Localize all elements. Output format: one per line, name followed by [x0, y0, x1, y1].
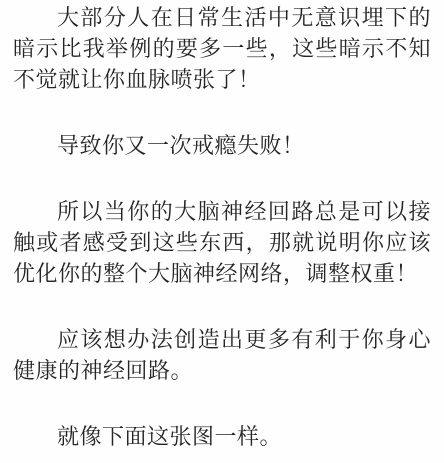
paragraph-5: 就像下面这张图一样。	[13, 421, 431, 452]
paragraph-3: 所以当你的大脑神经回路总是可以接触或者感受到这些东西，那就说明你应该优化你的整个…	[13, 196, 431, 289]
reading-page: 大部分人在日常生活中无意识埋下的暗示比我举例的要多一些，这些暗示不知不觉就让你血…	[0, 0, 444, 463]
paragraph-2: 导致你又一次戒瘾失败！	[13, 130, 431, 161]
paragraph-4: 应该想办法创造出更多有利于你身心健康的神经回路。	[13, 324, 431, 386]
paragraph-1: 大部分人在日常生活中无意识埋下的暗示比我举例的要多一些，这些暗示不知不觉就让你血…	[13, 2, 431, 95]
